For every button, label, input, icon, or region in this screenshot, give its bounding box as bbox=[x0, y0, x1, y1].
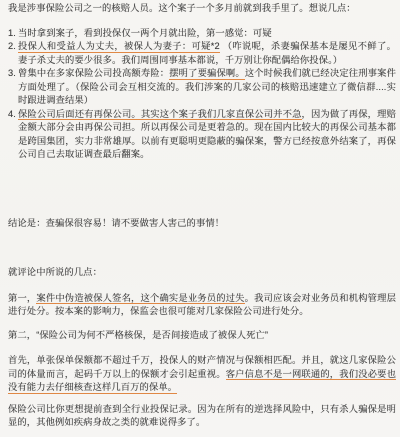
conclusion-paragraph: 结论是：查骗保很容易！请不要做害人害己的事情！ bbox=[8, 217, 396, 231]
post-article: 我是涉事保险公司之一的核赔人员。这个案子一个多月前就到我手里了。想说几点： 1.… bbox=[0, 0, 400, 437]
underlined-phrase: 案件中伪造被保人签名，这个确实是业务员的过失 bbox=[36, 293, 244, 305]
paragraph-text: 保险公司比你更想提前查到全行业投保记录。因为在所有的逆选择风险中，只有杀人骗保是… bbox=[8, 404, 396, 428]
list-item-body: 保险公司后面还有再保公司。其实这个案子我们几家直保公司并不急，因为做了再保，理赔… bbox=[18, 108, 396, 162]
list-item-1: 1. 当时拿到案子，看到投保仅一两个月就出险，第一感觉：可疑 bbox=[8, 27, 396, 41]
list-item-3: 3. 曾集中在多家保险公司投高额寿险：摆明了要骗保啊。这个时候我们就已经决定往刑… bbox=[8, 67, 396, 108]
numbered-list: 1. 当时拿到案子，看到投保仅一两个月就出险，第一感觉：可疑 2. 投保人和受益… bbox=[8, 27, 396, 162]
list-marker: 4. bbox=[8, 108, 18, 122]
underlined-phrase: 保险公司后面还有再保公司。其实这个案子我们几家直保公司并不急 bbox=[18, 109, 302, 121]
intro-paragraph: 我是涉事保险公司之一的核赔人员。这个案子一个多月前就到我手里了。想说几点： bbox=[8, 2, 396, 16]
list-marker: 1. bbox=[8, 27, 18, 41]
comment-intro-paragraph: 就评论中所说的几点： bbox=[8, 266, 396, 280]
underlined-phrase: 投保人和受益人为丈夫，被保人为妻子：可疑*2 bbox=[18, 41, 220, 53]
paragraph-text: 我是涉事保险公司之一的核赔人员。这个案子一个多月前就到我手里了。想说几点： bbox=[8, 3, 356, 13]
list-item-2: 2. 投保人和受益人为丈夫，被保人为妻子：可疑*2 （咋说呢，杀妻骗保基本是屡见… bbox=[8, 40, 396, 67]
underlined-phrase: 摆明了要骗保啊。 bbox=[169, 68, 245, 80]
list-item-4: 4. 保险公司后面还有再保公司。其实这个案子我们几家直保公司并不急，因为做了再保… bbox=[8, 108, 396, 162]
paragraph-text: 就评论中所说的几点： bbox=[8, 267, 102, 277]
paragraph-text: 曾集中在多家保险公司投高额寿险： bbox=[18, 68, 169, 78]
list-item-body: 当时拿到案子，看到投保仅一两个月就出险，第一感觉：可疑 bbox=[18, 27, 396, 41]
list-item-body: 曾集中在多家保险公司投高额寿险：摆明了要骗保啊。这个时候我们就已经决定往刑事案件… bbox=[18, 67, 396, 108]
paragraph-text: 第二，“保险公司为何不严格核保，是否间接造成了被保人死亡” bbox=[8, 330, 268, 340]
paragraph-text: 当时拿到案子，看到投保仅一两个月就出险，第一感觉：可疑 bbox=[18, 28, 272, 38]
list-item-body: 投保人和受益人为丈夫，被保人为妻子：可疑*2 （咋说呢，杀妻骗保基本是屡见不鲜了… bbox=[18, 40, 396, 67]
paragraph-text: 第一， bbox=[8, 293, 36, 303]
list-marker: 2. bbox=[8, 40, 18, 54]
paragraph-text: 结论是：查骗保很容易！请不要做害人害己的事情！ bbox=[8, 218, 224, 228]
point-second-answer-paragraph: 首先，单张保单保额都不超过千万，投保人的财产情况与保额相匹配。并且，就这几家保险… bbox=[8, 354, 396, 395]
point-first-paragraph: 第一，案件中伪造被保人签名，这个确实是业务员的过失。我司应该会对业务员和机构管理… bbox=[8, 292, 396, 319]
list-marker: 3. bbox=[8, 67, 18, 81]
point-second-paragraph: 第二，“保险公司为何不严格核保，是否间接造成了被保人死亡” bbox=[8, 329, 396, 343]
closing-paragraph: 保险公司比你更想提前查到全行业投保记录。因为在所有的逆选择风险中，只有杀人骗保是… bbox=[8, 403, 396, 430]
